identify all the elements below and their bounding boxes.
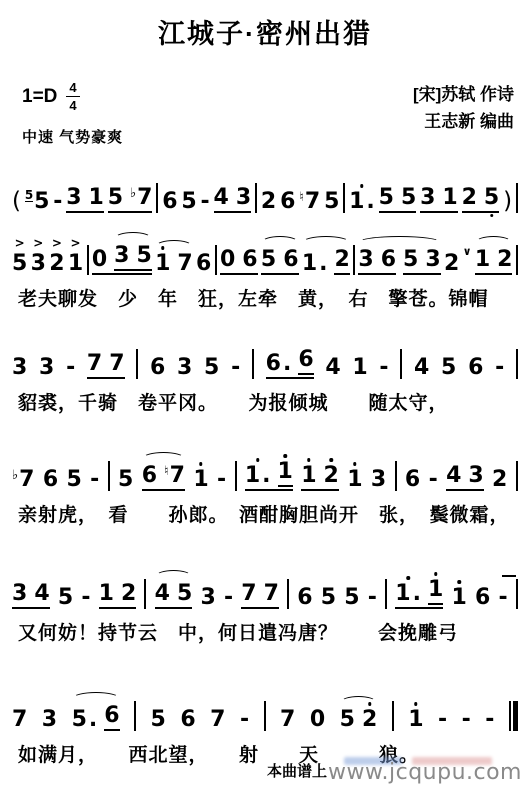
note: 1 (99, 583, 114, 605)
note: 5 (401, 187, 416, 209)
slur-group: 17 (155, 253, 193, 275)
note: 5 (340, 709, 355, 731)
note: - (379, 357, 388, 379)
note: 5 (181, 191, 196, 213)
beam-group: 53 (403, 249, 441, 275)
beam-group: 1.1 (395, 579, 443, 609)
note: 4 (446, 465, 461, 487)
note: - (498, 587, 507, 609)
note: ♭7 (12, 469, 34, 491)
music-line-5: 345-12453-77655-1.116- (12, 573, 518, 609)
barline (343, 183, 345, 213)
watermark: 本曲谱上 www.jcqupu.com (267, 760, 522, 785)
barline (516, 461, 518, 491)
note: 2 (362, 709, 377, 731)
beam-group: 12 (301, 465, 339, 491)
time-signature-numerator: 4 (66, 81, 79, 97)
note: 0 (310, 709, 325, 731)
note: 3 (236, 187, 251, 209)
note: 5 (379, 187, 394, 209)
note: 2 (444, 253, 459, 275)
beam-group: 25 (462, 187, 500, 213)
barline (87, 245, 89, 275)
barline (215, 245, 217, 275)
note: 1 (408, 709, 423, 731)
barline (516, 579, 518, 609)
barline (516, 183, 518, 213)
credit-arranger: 王志新 编曲 (413, 108, 514, 135)
note: 2 (462, 187, 477, 209)
barline (108, 461, 110, 491)
system-2: 5>3>2>1>03517606561.236532∨12 老夫聊发 少 年 狂… (0, 239, 530, 311)
barline (353, 245, 355, 275)
note: 5> (12, 253, 27, 275)
note: 1. (302, 253, 328, 275)
note: - (231, 357, 240, 379)
barline (134, 701, 136, 731)
note: 1 (347, 469, 362, 491)
system-4: ♭765-56♮71-1.112136-432 亲射虎， 看 孙郎。 酒酣胸胆尚… (0, 455, 530, 527)
note: 3 (371, 469, 386, 491)
note: 2 (497, 249, 512, 271)
note: 1 (155, 253, 170, 275)
note: 1 (301, 465, 316, 487)
music-line-1: (55-315♭765-4326♮751.553125) (12, 177, 518, 213)
barline (516, 349, 518, 379)
note: 1. (349, 191, 375, 213)
note: 2> (49, 253, 64, 275)
note: 0 (220, 249, 235, 271)
note: 5 (136, 245, 151, 267)
note: 5 (321, 587, 336, 609)
note: 7 (177, 253, 192, 275)
note: 1> (68, 253, 83, 275)
slur-group: 3653 (358, 249, 440, 275)
note: 6 (475, 587, 490, 609)
beam-group: 1.1 (245, 461, 293, 491)
lyric-line-1: 老夫聊发 少 年 狂，左牵 黄， 右 擎苍。锦帽 (12, 284, 518, 311)
note: 2 (121, 583, 136, 605)
barline (385, 579, 387, 609)
note: 1 (428, 579, 443, 605)
beam-group: 55 (379, 187, 417, 213)
beam-group: 035 (92, 245, 152, 275)
beam-group: 31 (66, 187, 104, 213)
note: - (66, 357, 75, 379)
note: 5 (484, 187, 499, 209)
barline (252, 349, 254, 379)
note: 3 (12, 583, 27, 605)
final-barline (509, 701, 518, 731)
key-signature: 1=D (22, 86, 57, 108)
note: 5 (177, 583, 192, 605)
note: 6 (242, 249, 257, 271)
note: 5 (344, 587, 359, 609)
note: 0 (92, 249, 107, 271)
note: ♮7 (299, 191, 320, 213)
watermark-prefix: 本曲谱上 (267, 760, 327, 781)
note: 6 (196, 253, 211, 275)
page-title: 江城子·密州出猎 (0, 12, 530, 51)
note: ♮7 (164, 465, 185, 487)
note: 6 (280, 191, 295, 213)
note: 6 (468, 357, 483, 379)
note: 5 (34, 191, 49, 213)
note: 1 (475, 249, 490, 271)
note: - (240, 709, 249, 731)
note: 3 (177, 357, 192, 379)
note: 1 (451, 587, 466, 609)
note: 6 (162, 191, 177, 213)
note: 5 (324, 191, 339, 213)
note: - (217, 469, 226, 491)
note: 6 (283, 249, 298, 271)
note: 7 (12, 709, 27, 731)
note: ) (503, 190, 512, 213)
note: 6 (180, 709, 195, 731)
note: 3 (468, 465, 483, 487)
note: 2 (492, 469, 507, 491)
note: 1 (352, 357, 367, 379)
note: 6 (297, 587, 312, 609)
note: 1 (193, 469, 208, 491)
note: 6 (298, 349, 313, 375)
note: 7 (109, 353, 124, 375)
beam-group: 31 (420, 187, 458, 213)
lyric-line-2: 貂裘，千骑 卷平冈。 为报倾城 随太守， (12, 388, 518, 415)
tempo-marking: 中速 气势豪爽 (22, 126, 123, 147)
slur-group: 35 (114, 245, 152, 271)
barline (395, 461, 397, 491)
barline (235, 461, 237, 491)
beam-group: 06 (220, 249, 258, 275)
breath-mark: ∨ (463, 246, 472, 257)
note: 1 (442, 187, 457, 209)
note: 5 (66, 469, 81, 491)
beam-group: 12 (99, 583, 137, 609)
note: 2 (324, 465, 339, 487)
credit-poet: [宋]苏轼 作诗 (413, 81, 514, 108)
note: - (485, 709, 494, 731)
note: 6 (405, 469, 420, 491)
barline (287, 579, 289, 609)
note: 7 (87, 353, 102, 375)
barline (136, 349, 138, 379)
music-line-4: ♭765-56♮71-1.112136-432 (12, 455, 518, 491)
barline (516, 245, 518, 275)
note: 5. (72, 709, 98, 731)
note: 5 (403, 249, 418, 271)
note: 4 (214, 187, 229, 209)
note: 3 (200, 587, 215, 609)
slur-group: 6♮7 (142, 465, 185, 491)
note: 1 (278, 461, 293, 487)
note: 7 (264, 583, 279, 605)
beam-group: 6.6 (266, 349, 314, 379)
credits: [宋]苏轼 作诗 王志新 编曲 (413, 81, 514, 135)
beam-group: 43 (446, 465, 484, 491)
note: 7 (210, 709, 225, 731)
note: 4 (34, 583, 49, 605)
note: - (429, 469, 438, 491)
note: 3 (42, 709, 57, 731)
time-signature-denominator: 4 (69, 97, 76, 112)
note: 3> (31, 253, 46, 275)
note: ♭7 (130, 187, 152, 209)
note: 7 (280, 709, 295, 731)
note: 3 (358, 249, 373, 271)
note: 5 (204, 357, 219, 379)
note: 6 (381, 249, 396, 271)
grace-note: 5 (25, 189, 33, 202)
barline (255, 183, 257, 213)
system-1: (55-315♭765-4326♮751.553125) (0, 177, 530, 213)
note: 3 (12, 357, 27, 379)
note: 5 (118, 469, 133, 491)
note: 6 (142, 465, 157, 487)
note: 6 (43, 469, 58, 491)
slur-group: 1.2 (302, 249, 350, 275)
note: 6. (266, 353, 292, 375)
note: - (438, 709, 447, 731)
note: 5 (151, 709, 166, 731)
time-signature: 4 4 (66, 81, 79, 112)
note: 3 (425, 249, 440, 271)
note: 6 (104, 705, 119, 731)
beam-group: 34 (12, 583, 50, 609)
note: 3 (420, 187, 435, 209)
slur-group: 45 (155, 583, 193, 609)
watermark-url: www.jcqupu.com (328, 760, 522, 785)
note: 4 (414, 357, 429, 379)
note: 1. (245, 465, 271, 487)
note: 1. (395, 583, 421, 605)
note: - (368, 587, 377, 609)
note: 3 (39, 357, 54, 379)
slur-group: 56 (261, 249, 299, 275)
music-line-3: 33-77635-6.641-456- (12, 343, 518, 379)
note: - (201, 191, 210, 213)
barline (392, 701, 394, 731)
slur-group: 5.6 (72, 705, 120, 731)
note: - (224, 587, 233, 609)
note: 6 (150, 357, 165, 379)
note: - (462, 709, 471, 731)
score-header: 1=D 4 4 中速 气势豪爽 [宋]苏轼 作诗 王志新 编曲 (0, 81, 530, 147)
note: - (90, 469, 99, 491)
note: 3 (114, 245, 129, 267)
slur-group: 12 (475, 249, 513, 275)
lyric-line-3: 亲射虎， 看 孙郎。 酒酣胸胆尚开 张， 鬓微霜， (12, 500, 518, 527)
lyric-line-4: 又何妨！持节云 中，何日遣冯唐？ 会挽雕弓 (12, 618, 518, 645)
note: 2 (334, 249, 349, 275)
beam-group: 77 (87, 353, 125, 379)
system-3: 33-77635-6.641-456- 貂裘，千骑 卷平冈。 为报倾城 随太守， (0, 343, 530, 415)
beam-group: 36 (358, 249, 396, 275)
barline (264, 701, 266, 731)
barline (144, 579, 146, 609)
music-line-2: 5>3>2>1>03517606561.236532∨12 (12, 239, 518, 275)
note: ( (12, 190, 21, 213)
note: 4 (155, 583, 170, 605)
note: 5 (108, 187, 123, 209)
note: 5 (441, 357, 456, 379)
system-5: 345-12453-77655-1.116- 又何妨！持节云 中，何日遣冯唐？ … (0, 573, 530, 645)
note: - (495, 357, 504, 379)
note: 5 (58, 587, 73, 609)
key-and-tempo: 1=D 4 4 中速 气势豪爽 (22, 81, 123, 147)
note: 4 (325, 357, 340, 379)
note: - (53, 191, 62, 213)
note: 2 (261, 191, 276, 213)
slur-group: 52 (340, 709, 378, 731)
note: 5 (261, 249, 276, 271)
beam-group: 77 (241, 583, 279, 609)
note: - (81, 587, 90, 609)
beam-group: 43 (214, 187, 252, 213)
note: 7 (241, 583, 256, 605)
note: 3 (66, 187, 81, 209)
beam-group: 5♭7 (108, 187, 153, 213)
barline (400, 349, 402, 379)
music-line-6: 735.6567-70521--- (12, 695, 518, 731)
note: 1 (89, 187, 104, 209)
barline (156, 183, 158, 213)
